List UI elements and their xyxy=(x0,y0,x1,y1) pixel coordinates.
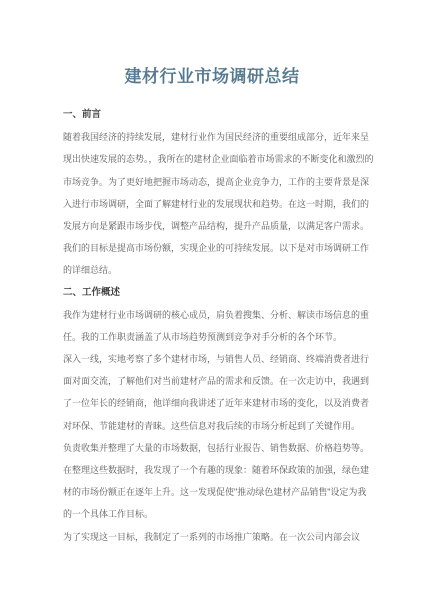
document-body: 一、前言 随着我国经济的持续发展，建材行业作为国民经济的重要组成部分，近年来呈 … xyxy=(63,104,361,548)
paragraph-line: 材的市场份额正在逐年上升。这一发现促使"推动绿色建材产品销售"设定为我 xyxy=(63,481,361,503)
paragraph-line: 市场竞争。为了更好地把握市场动态，提高企业竞争力，工作的主要背景是深 xyxy=(63,171,361,193)
paragraph-line: 现出快速发展的态势。，我所在的建材企业面临着市场需求的不断变化和激烈的 xyxy=(63,148,361,170)
paragraph-line: 对环保、节能建材的青睐。这些信息对我后续的市场分析起到了关键作用。 xyxy=(63,415,361,437)
paragraph-line: 入进行市场调研，全面了解建材行业的发展现状和趋势。在这一时期，我们的 xyxy=(63,193,361,215)
paragraph-line: 随着我国经济的持续发展，建材行业作为国民经济的重要组成部分，近年来呈 xyxy=(63,126,361,148)
paragraph-line: 的详细总结。 xyxy=(63,259,361,281)
paragraph-line: 了一位年长的经销商，他详细向我讲述了近年来建材市场的变化，以及消费者 xyxy=(63,392,361,414)
document-title: 建材行业市场调研总结 xyxy=(0,64,424,90)
paragraph-line: 发展方向是紧跟市场步伐，调整产品结构，提升产品质量，以满足客户需求。 xyxy=(63,215,361,237)
paragraph-line: 我们的目标是提高市场份额，实现企业的可持续发展。以下是对市场调研工作 xyxy=(63,237,361,259)
section-heading-preface: 一、前言 xyxy=(63,104,361,126)
section-heading-overview: 二、工作概述 xyxy=(63,282,361,304)
paragraph-line: 我作为建材行业市场调研的核心成员，肩负着搜集、分析、解读市场信息的重 xyxy=(63,304,361,326)
document-page: 建材行业市场调研总结 一、前言 随着我国经济的持续发展，建材行业作为国民经济的重… xyxy=(0,0,424,600)
paragraph-line: 面对面交流，了解他们对当前建材产品的需求和反馈。在一次走访中，我遇到 xyxy=(63,370,361,392)
paragraph-line: 任。我的工作职责涵盖了从市场趋势预测到竞争对手分析的各个环节。 xyxy=(63,326,361,348)
paragraph-line: 在整理这些数据时，我发现了一个有趣的现象：随着环保政策的加强，绿色建 xyxy=(63,459,361,481)
paragraph-line: 的一个具体工作目标。 xyxy=(63,503,361,525)
paragraph-line: 深入一线，实地考察了多个建材市场，与销售人员、经销商、终端消费者进行 xyxy=(63,348,361,370)
paragraph-line: 为了实现这一目标，我制定了一系列的市场推广策略。在一次公司内部会议 xyxy=(63,526,361,548)
paragraph-line: 负责收集并整理了大量的市场数据，包括行业报告、销售数据、价格趋势等。 xyxy=(63,437,361,459)
